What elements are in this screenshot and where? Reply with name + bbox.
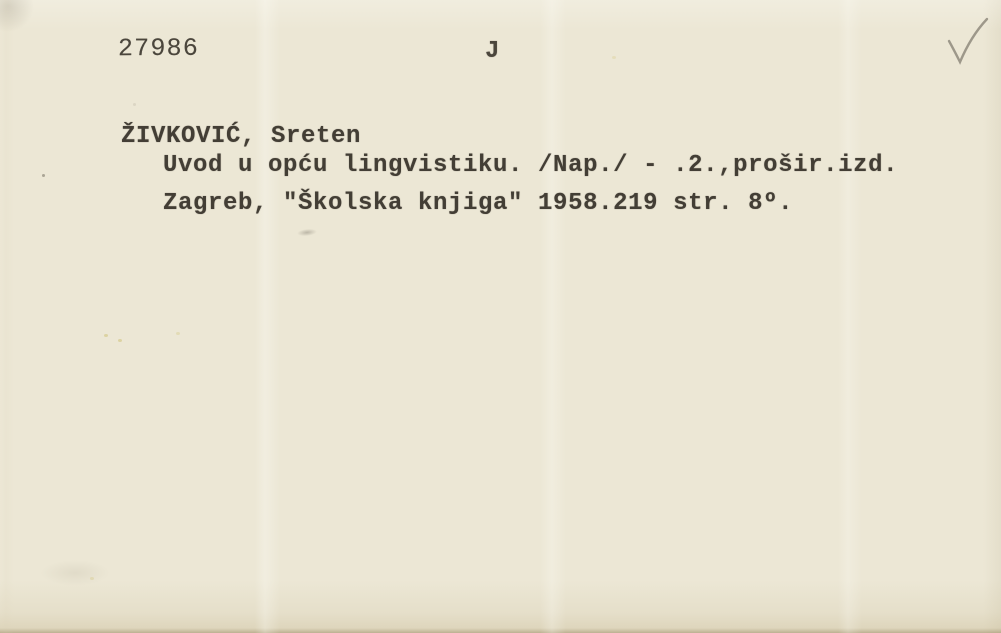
paper-speck xyxy=(612,56,616,59)
catalog-card: 27986 J ŽIVKOVIĆ, Sreten Uvod u opću lin… xyxy=(0,0,1001,633)
pencil-checkmark-icon xyxy=(938,8,998,70)
accession-number: 27986 xyxy=(118,34,199,64)
classification-letter: J xyxy=(485,38,500,65)
title-line: Uvod u opću lingvistiku. /Nap./ - .2.,pr… xyxy=(163,152,898,179)
paper-speck xyxy=(104,334,108,337)
paper-smudge xyxy=(40,560,110,586)
author-heading: ŽIVKOVIĆ, Sreten xyxy=(121,123,361,150)
paper-speck xyxy=(90,577,94,580)
imprint-line: Zagreb, "Školska knjiga" 1958.219 str. 8… xyxy=(163,190,793,217)
paper-speck xyxy=(133,103,136,106)
pencil-smudge xyxy=(297,228,318,237)
paper-speck xyxy=(42,174,45,177)
paper-speck xyxy=(176,332,180,335)
paper-speck xyxy=(118,339,122,342)
